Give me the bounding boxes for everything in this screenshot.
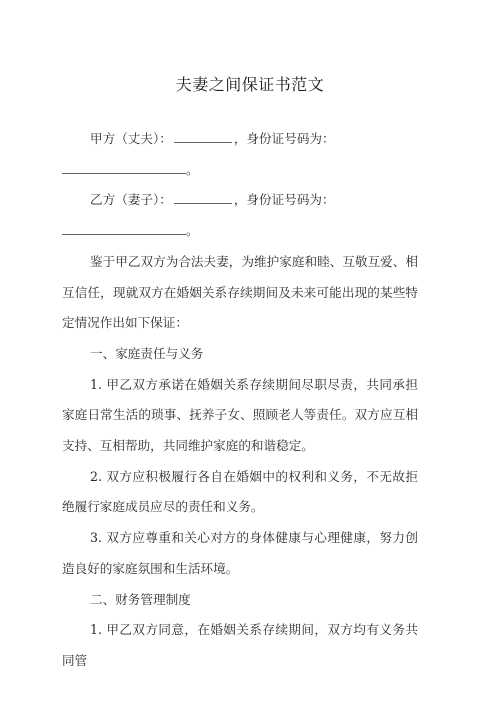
party-b-line: 乙方（妻子）：，身份证号码为： [62,185,418,216]
party-a-id-end: 。 [186,162,199,177]
document-title: 夫妻之间保证书范文 [0,72,500,95]
party-a-name-blank[interactable] [174,130,232,143]
party-a-id-blank[interactable] [62,161,186,174]
party-a-label: 甲方（丈夫）： [90,131,172,146]
section-1-item-3: 3. 双方应尊重和关心对方的身体健康与心理健康，努力创造良好的家庭氛围和生活环境… [62,523,418,584]
section-heading-finance: 二、财务管理制度 [62,585,418,616]
section-1-item-2: 2. 双方应积极履行各自在婚姻中的权利和义务，不无故拒绝履行家庭成员应尽的责任和… [62,462,418,523]
party-b-label: 乙方（妻子）： [90,192,172,207]
party-b-id-label: ，身份证号码为： [234,192,335,207]
party-a-line: 甲方（丈夫）：，身份证号码为： [62,124,418,155]
party-b-name-blank[interactable] [174,191,232,204]
document-page: 夫妻之间保证书范文 甲方（丈夫）：，身份证号码为： 。 乙方（妻子）：，身份证号… [0,0,500,707]
party-a-id-line: 。 [62,155,418,186]
party-a-id-label: ，身份证号码为： [234,131,335,146]
document-body: 甲方（丈夫）：，身份证号码为： 。 乙方（妻子）：，身份证号码为： 。 鉴于甲乙… [62,124,418,677]
section-1-item-1: 1. 甲乙双方承诺在婚姻关系存续期间尽职尽责，共同承担家庭日常生活的琐事、抚养子… [62,370,418,462]
section-2-item-1: 1. 甲乙双方同意，在婚姻关系存续期间，双方均有义务共同管 [62,615,418,676]
preamble-paragraph: 鉴于甲乙双方为合法夫妻，为维护家庭和睦、互敬互爱、相互信任，现就双方在婚姻关系存… [62,247,418,339]
party-b-id-line: 。 [62,216,418,247]
party-b-id-blank[interactable] [62,222,186,235]
party-b-id-end: 。 [186,223,199,238]
section-heading-family-duties: 一、家庭责任与义务 [62,339,418,370]
